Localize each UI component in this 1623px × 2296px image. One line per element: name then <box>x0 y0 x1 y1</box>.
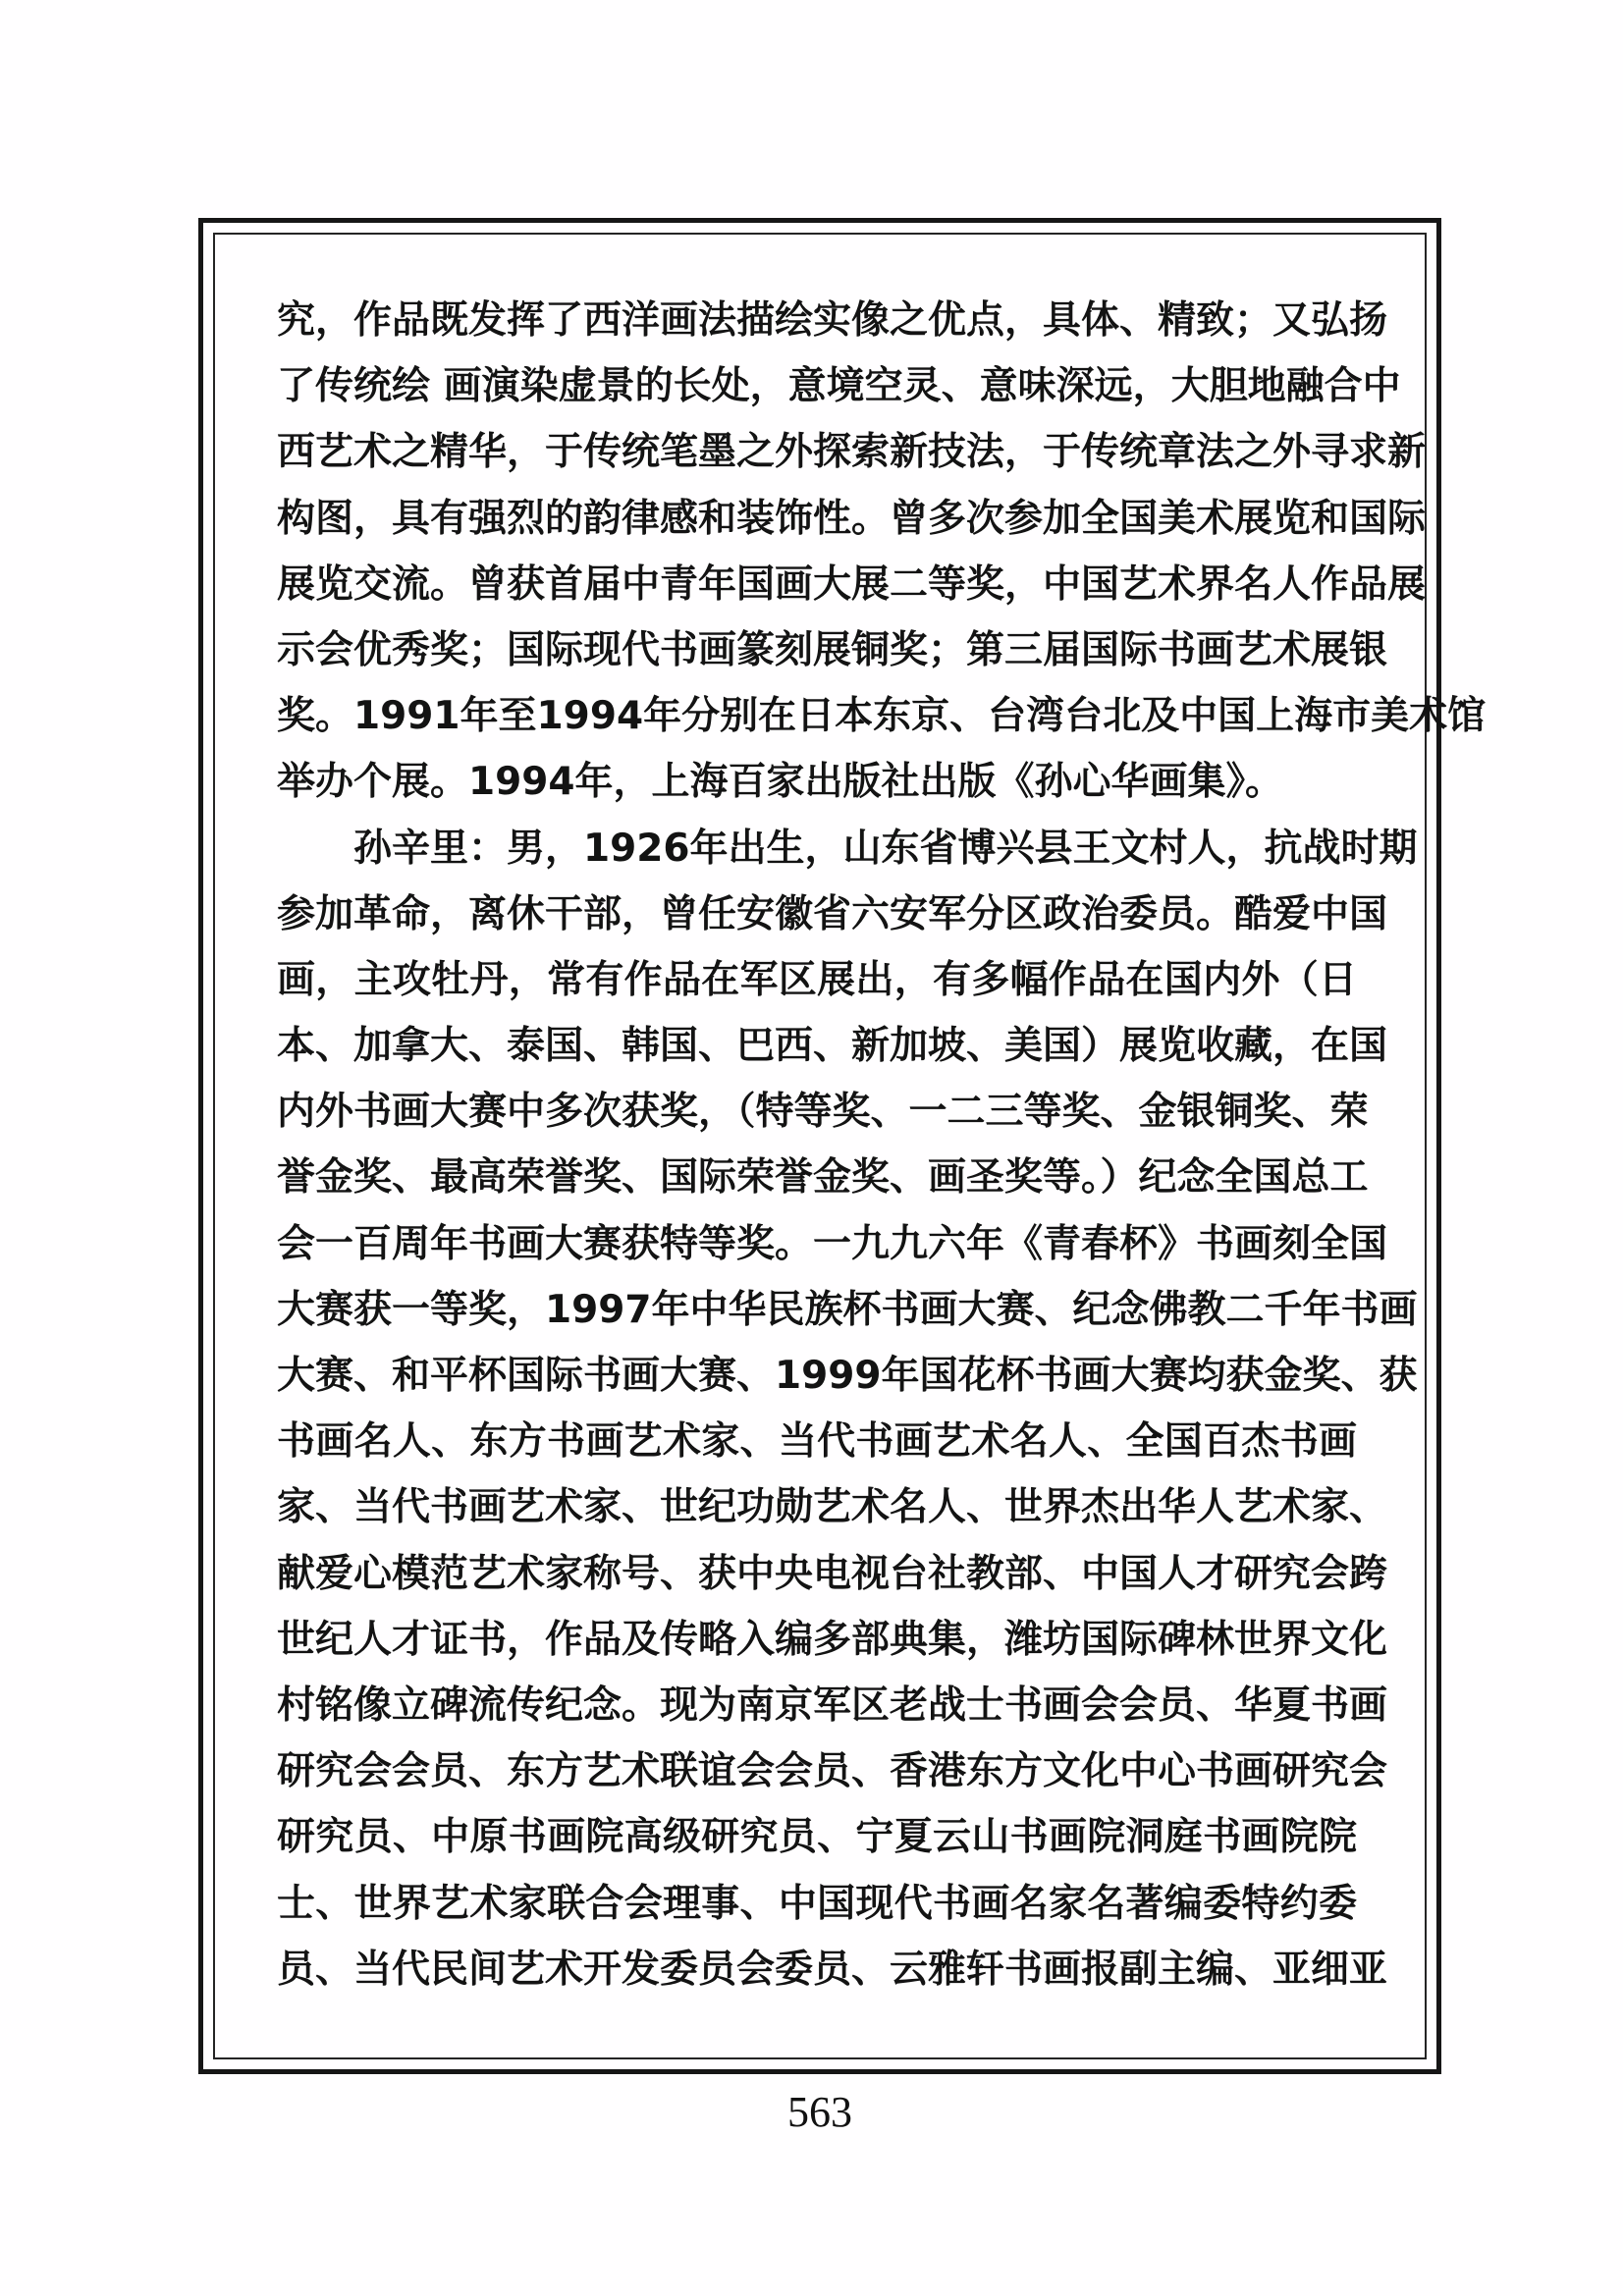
text-line: 书画名人、东方书画艺术家、当代书画艺术名人、全国百杰书画 <box>277 1409 1357 1474</box>
text-line: 参加革命，离休干部，曾任安徽省六安军分区政治委员。酷爱中国 <box>277 881 1357 947</box>
paragraph: 孙辛里：男，1926年出生，山东省博兴县王文村人，抗战时期参加革命，离休干部，曾… <box>277 816 1357 2002</box>
text-line: 内外书画大赛中多次获奖，（特等奖、一二三等奖、金银铜奖、荣 <box>277 1079 1357 1145</box>
page-number: 563 <box>198 2087 1441 2137</box>
text-line: 画，主攻牡丹，常有作品在军区展出，有多幅作品在国内外（日 <box>277 947 1357 1013</box>
text-line: 士、世界艺术家联合会理事、中国现代书画名家名著编委特约委 <box>277 1871 1357 1937</box>
inner-border-frame: 究，作品既发挥了西洋画法描绘实像之优点，具体、精致；又弘扬了传统绘 画演染虚景的… <box>213 233 1427 2059</box>
text-line: 大赛获一等奖，1997年中华民族杯书画大赛、纪念佛教二千年书画 <box>277 1277 1357 1343</box>
text-line: 奖。1991年至1994年分别在日本东京、台湾台北及中国上海市美术馆 <box>277 683 1357 749</box>
text-line: 研究会会员、东方艺术联谊会会员、香港东方文化中心书画研究会 <box>277 1738 1357 1804</box>
text-line: 本、加拿大、泰国、韩国、巴西、新加坡、美国）展览收藏，在国 <box>277 1013 1357 1079</box>
text-line: 献爱心模范艺术家称号、获中央电视台社教部、中国人才研究会跨 <box>277 1541 1357 1607</box>
text-line: 举办个展。1994年，上海百家出版社出版《孙心华画集》。 <box>277 749 1357 815</box>
text-line: 孙辛里：男，1926年出生，山东省博兴县王文村人，抗战时期 <box>277 816 1357 881</box>
text-line: 西艺术之精华，于传统笔墨之外探索新技法，于传统章法之外寻求新 <box>277 419 1357 485</box>
outer-border-frame: 究，作品既发挥了西洋画法描绘实像之优点，具体、精致；又弘扬了传统绘 画演染虚景的… <box>198 218 1441 2074</box>
text-line: 研究员、中原书画院高级研究员、宁夏云山书画院洞庭书画院院 <box>277 1804 1357 1870</box>
text-line: 构图，具有强烈的韵律感和装饰性。曾多次参加全国美术展览和国际 <box>277 486 1357 552</box>
text-line: 示会优秀奖；国际现代书画篆刻展铜奖；第三届国际书画艺术展银 <box>277 617 1357 683</box>
text-line: 员、当代民间艺术开发委员会委员、云雅轩书画报副主编、亚细亚 <box>277 1937 1357 2002</box>
text-line: 了传统绘 画演染虚景的长处，意境空灵、意味深远，大胆地融合中 <box>277 353 1357 419</box>
text-line: 会一百周年书画大赛获特等奖。一九九六年《青春杯》书画刻全国 <box>277 1211 1357 1277</box>
paragraph: 究，作品既发挥了西洋画法描绘实像之优点，具体、精致；又弘扬了传统绘 画演染虚景的… <box>277 288 1357 816</box>
text-line: 家、当代书画艺术家、世纪功勋艺术名人、世界杰出华人艺术家、 <box>277 1474 1357 1540</box>
scanned-book-page: 究，作品既发挥了西洋画法描绘实像之优点，具体、精致；又弘扬了传统绘 画演染虚景的… <box>0 0 1623 2296</box>
text-line: 誉金奖、最高荣誉奖、国际荣誉金奖、画圣奖等。）纪念全国总工 <box>277 1145 1357 1210</box>
text-line: 大赛、和平杯国际书画大赛、1999年国花杯书画大赛均获金奖、获 <box>277 1343 1357 1409</box>
text-line: 村铭像立碑流传纪念。现为南京军区老战士书画会会员、华夏书画 <box>277 1673 1357 1738</box>
text-line: 展览交流。曾获首届中青年国画大展二等奖，中国艺术界名人作品展 <box>277 552 1357 617</box>
text-line: 究，作品既发挥了西洋画法描绘实像之优点，具体、精致；又弘扬 <box>277 288 1357 353</box>
text-block: 究，作品既发挥了西洋画法描绘实像之优点，具体、精致；又弘扬了传统绘 画演染虚景的… <box>277 288 1357 2002</box>
text-line: 世纪人才证书，作品及传略入编多部典集，潍坊国际碑林世界文化 <box>277 1607 1357 1673</box>
